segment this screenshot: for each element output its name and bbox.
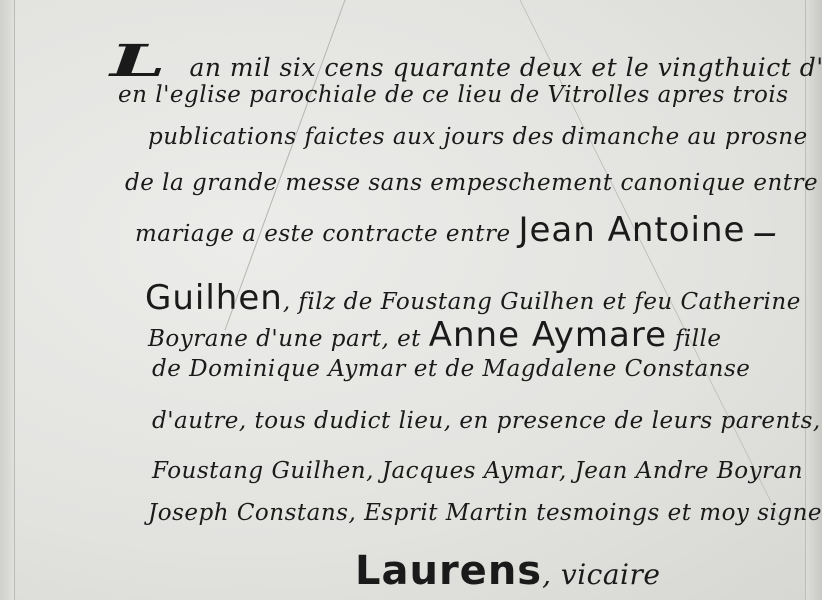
priest-signature: Laurens, vicaire: [355, 548, 660, 594]
register-line-2: en l'eglise parochiale de ce lieu de Vit…: [118, 82, 789, 108]
register-line-1: Lan mil six cens quarante deux et le vin…: [110, 36, 822, 87]
bride-name: Anne Aymare: [429, 315, 667, 355]
manuscript-page: Lan mil six cens quarante deux et le vin…: [0, 0, 822, 600]
decorated-initial: L: [110, 36, 167, 87]
signature-name: Laurens: [355, 548, 542, 594]
register-line-9: d'autre, tous dudict lieu, en presence d…: [152, 408, 822, 434]
register-line-5: mariage a este contracte entre Jean Anto…: [135, 210, 777, 250]
register-line-3: publications faictes aux jours des diman…: [148, 124, 808, 150]
register-line-7: Boyrane d'une part, et Anne Aymare fille: [148, 315, 722, 355]
register-line-4: de la grande messe sans empeschement can…: [125, 170, 822, 196]
register-line-8: de Dominique Aymar et de Magdalene Const…: [152, 356, 750, 382]
register-line-10: Foustang Guilhen, Jacques Aymar, Jean An…: [152, 458, 803, 484]
groom-name: Jean Antoine: [518, 210, 745, 250]
register-line-6: Guilhen, filz de Foustang Guilhen et feu…: [145, 278, 801, 318]
register-line-11: Joseph Constans, Esprit Martin tesmoings…: [148, 500, 822, 526]
groom-surname: Guilhen: [145, 278, 283, 318]
